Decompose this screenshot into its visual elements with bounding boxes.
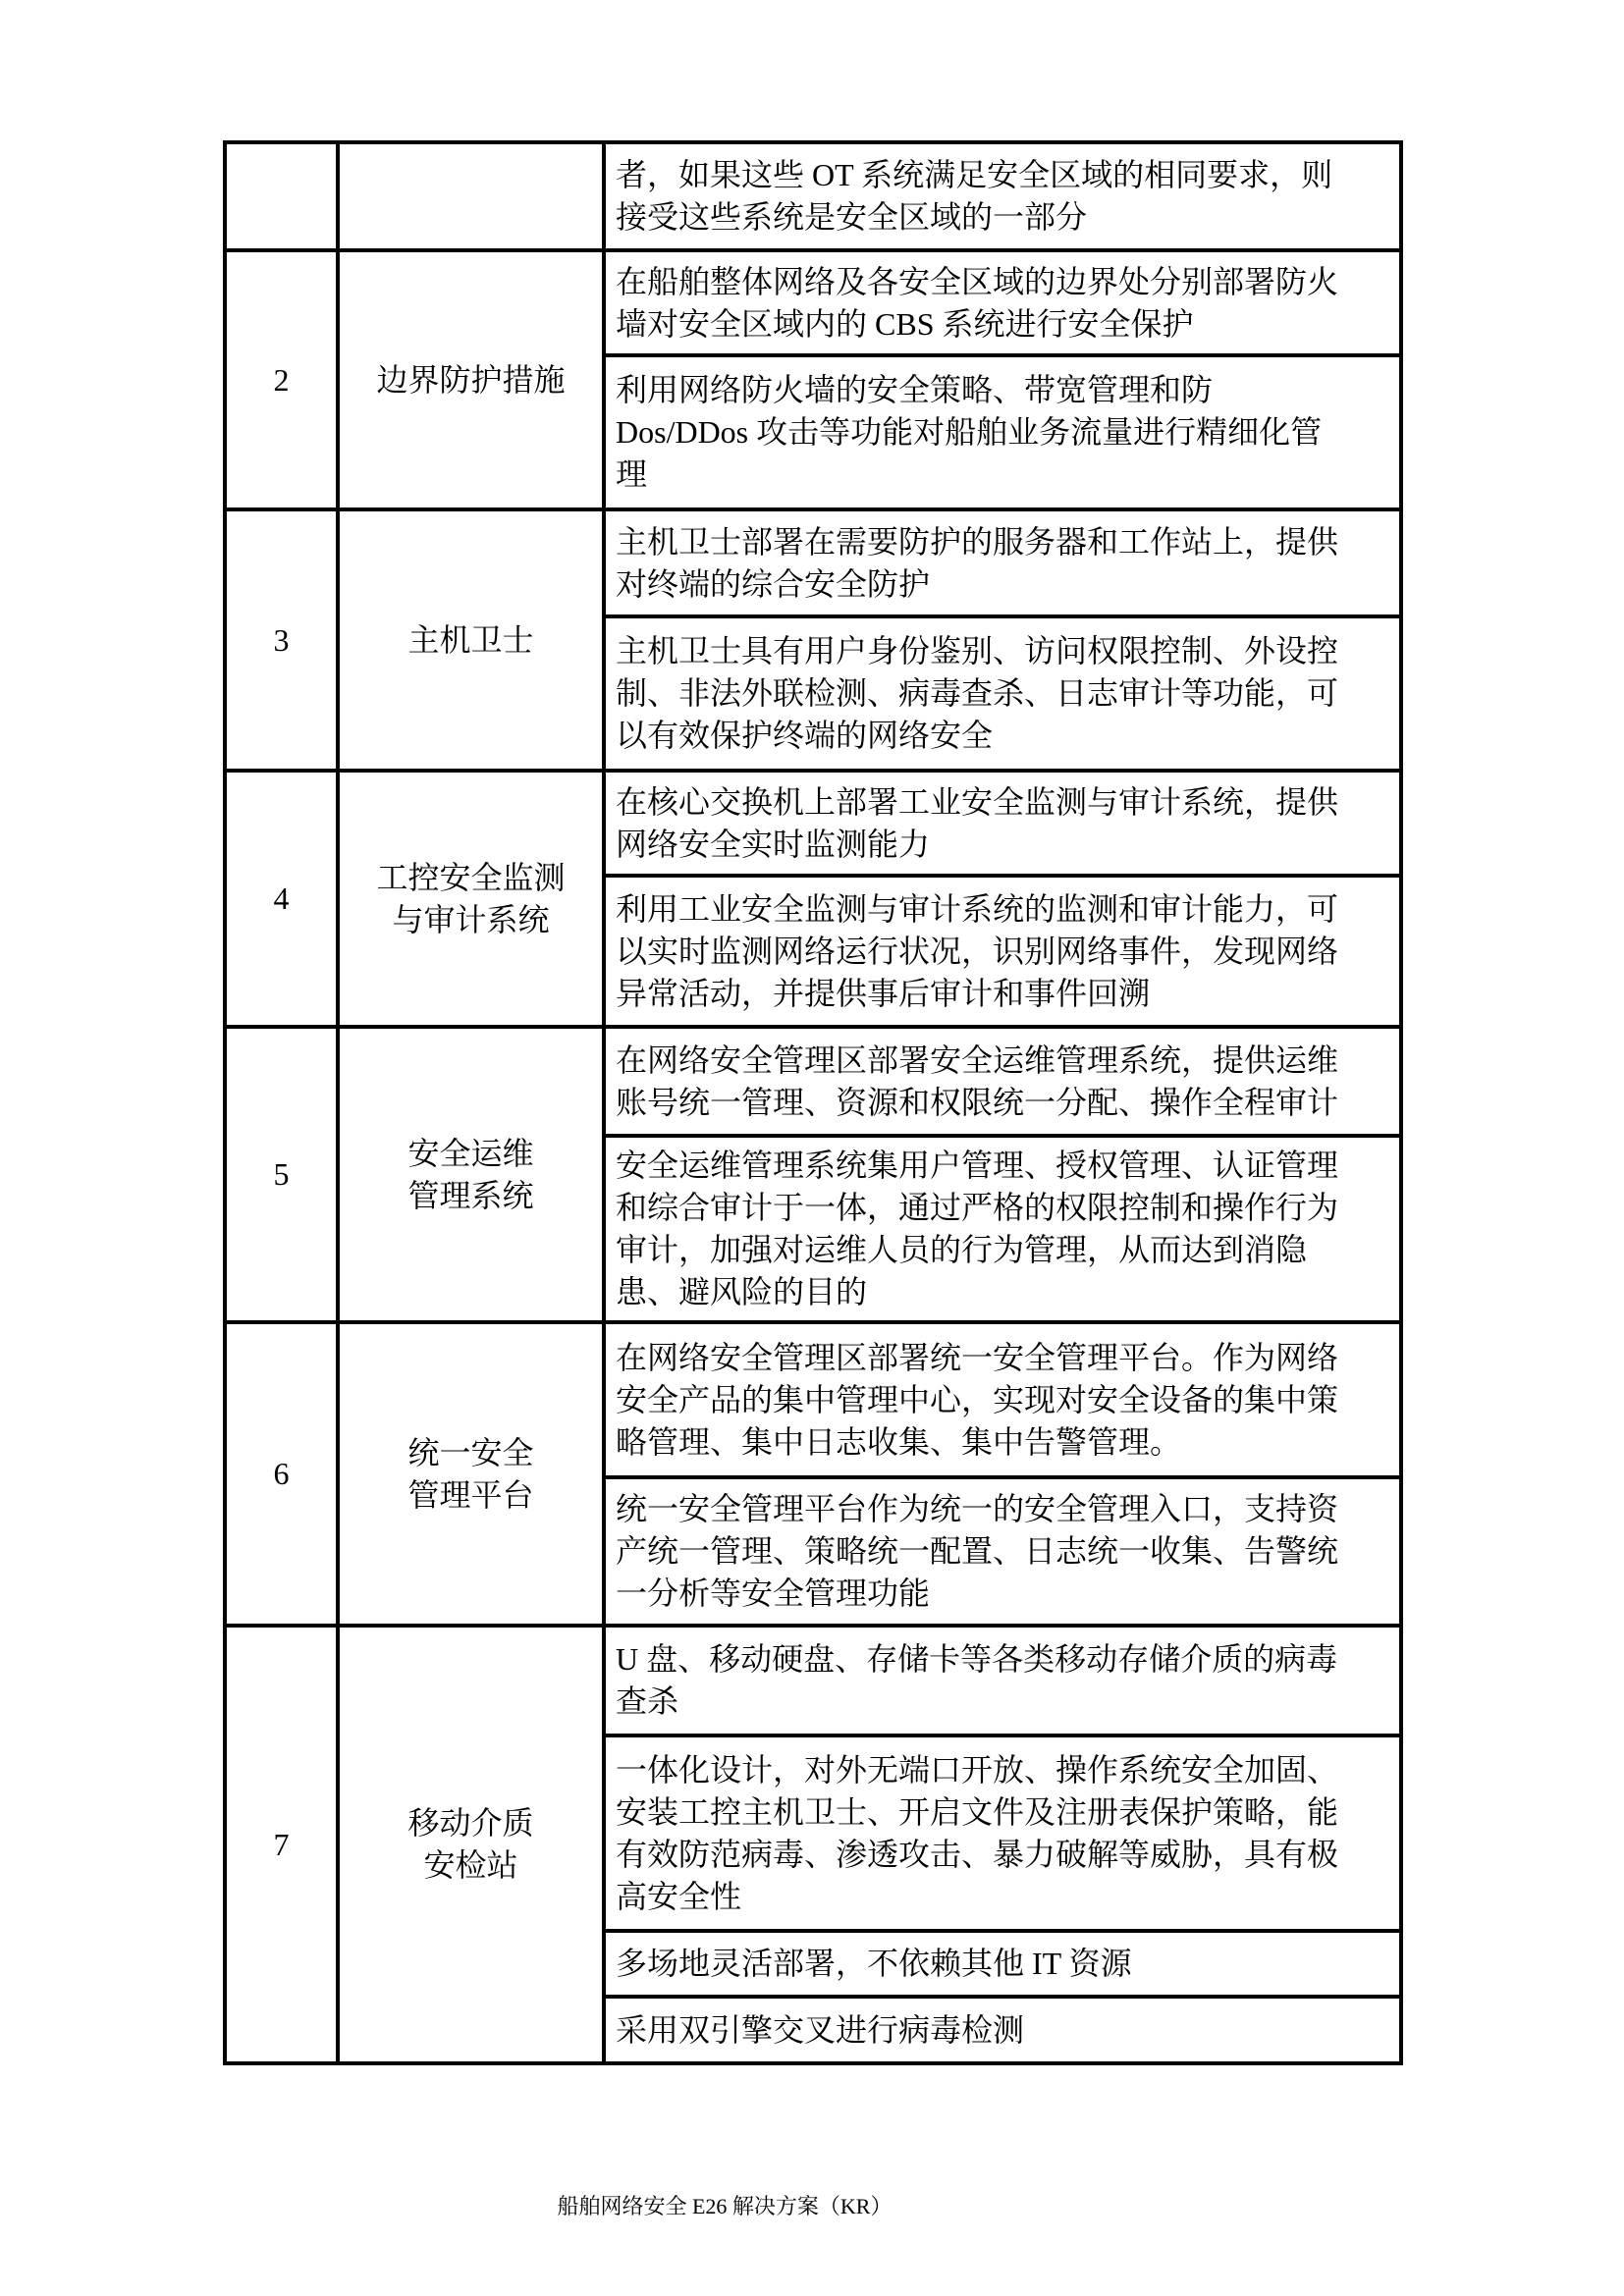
description-cell: U 盘、移动硬盘、存储卡等各类移动存储介质的病毒 查杀 (604, 1626, 1401, 1735)
row-number-cell: 2 (225, 250, 338, 509)
table-row: 6 统一安全 管理平台 在网络安全管理区部署统一安全管理平台。作为网络 安全产品… (225, 1322, 1401, 1477)
category-cell: 移动介质 安检站 (338, 1626, 604, 2063)
description-cell: 主机卫士部署在需要防护的服务器和工作站上，提供 对终端的综合安全防护 (604, 509, 1401, 616)
row-number-cell: 4 (225, 771, 338, 1027)
category-cell: 工控安全监测 与审计系统 (338, 771, 604, 1027)
table-row: 7 移动介质 安检站 U 盘、移动硬盘、存储卡等各类移动存储介质的病毒 查杀 (225, 1626, 1401, 1735)
table-row: 5 安全运维 管理系统 在网络安全管理区部署安全运维管理系统，提供运维 账号统一… (225, 1027, 1401, 1136)
description-cell: 在船舶整体网络及各安全区域的边界处分别部署防火 墙对安全区域内的 CBS 系统进… (604, 250, 1401, 355)
table-row: 者，如果这些 OT 系统满足安全区域的相同要求，则 接受这些系统是安全区域的一部… (225, 142, 1401, 250)
description-cell: 利用网络防火墙的安全策略、带宽管理和防 Dos/DDos 攻击等功能对船舶业务流… (604, 355, 1401, 509)
row-number-cell: 7 (225, 1626, 338, 2063)
row-number-cell: 3 (225, 509, 338, 771)
description-cell: 在网络安全管理区部署统一安全管理平台。作为网络 安全产品的集中管理中心，实现对安… (604, 1322, 1401, 1477)
description-cell: 统一安全管理平台作为统一的安全管理入口，支持资 产统一管理、策略统一配置、日志统… (604, 1477, 1401, 1626)
page-footer: 船舶网络安全 E26 解决方案（KR） (0, 2193, 1449, 2220)
row-number-cell (225, 142, 338, 250)
table-row: 2 边界防护措施 在船舶整体网络及各安全区域的边界处分别部署防火 墙对安全区域内… (225, 250, 1401, 355)
description-cell: 安全运维管理系统集用户管理、授权管理、认证管理 和综合审计于一体，通过严格的权限… (604, 1136, 1401, 1322)
description-cell: 利用工业安全监测与审计系统的监测和审计能力，可 以实时监测网络运行状况，识别网络… (604, 876, 1401, 1027)
description-cell: 者，如果这些 OT 系统满足安全区域的相同要求，则 接受这些系统是安全区域的一部… (604, 142, 1401, 250)
category-cell: 统一安全 管理平台 (338, 1322, 604, 1626)
row-number-cell: 5 (225, 1027, 338, 1322)
description-cell: 一体化设计，对外无端口开放、操作系统安全加固、 安装工控主机卫士、开启文件及注册… (604, 1735, 1401, 1931)
table-row: 4 工控安全监测 与审计系统 在核心交换机上部署工业安全监测与审计系统，提供 网… (225, 771, 1401, 876)
description-cell: 采用双引擎交叉进行病毒检测 (604, 1997, 1401, 2063)
security-measures-table: 者，如果这些 OT 系统满足安全区域的相同要求，则 接受这些系统是安全区域的一部… (223, 140, 1403, 2065)
category-cell (338, 142, 604, 250)
description-cell: 主机卫士具有用户身份鉴别、访问权限控制、外设控 制、非法外联检测、病毒查杀、日志… (604, 616, 1401, 771)
description-cell: 在核心交换机上部署工业安全监测与审计系统，提供 网络安全实时监测能力 (604, 771, 1401, 876)
table-row: 3 主机卫士 主机卫士部署在需要防护的服务器和工作站上，提供 对终端的综合安全防… (225, 509, 1401, 616)
category-cell: 边界防护措施 (338, 250, 604, 509)
row-number-cell: 6 (225, 1322, 338, 1626)
category-cell: 安全运维 管理系统 (338, 1027, 604, 1322)
category-cell: 主机卫士 (338, 509, 604, 771)
description-cell: 多场地灵活部署，不依赖其他 IT 资源 (604, 1931, 1401, 1997)
description-cell: 在网络安全管理区部署安全运维管理系统，提供运维 账号统一管理、资源和权限统一分配… (604, 1027, 1401, 1136)
document-page: 者，如果这些 OT 系统满足安全区域的相同要求，则 接受这些系统是安全区域的一部… (0, 0, 1624, 2296)
